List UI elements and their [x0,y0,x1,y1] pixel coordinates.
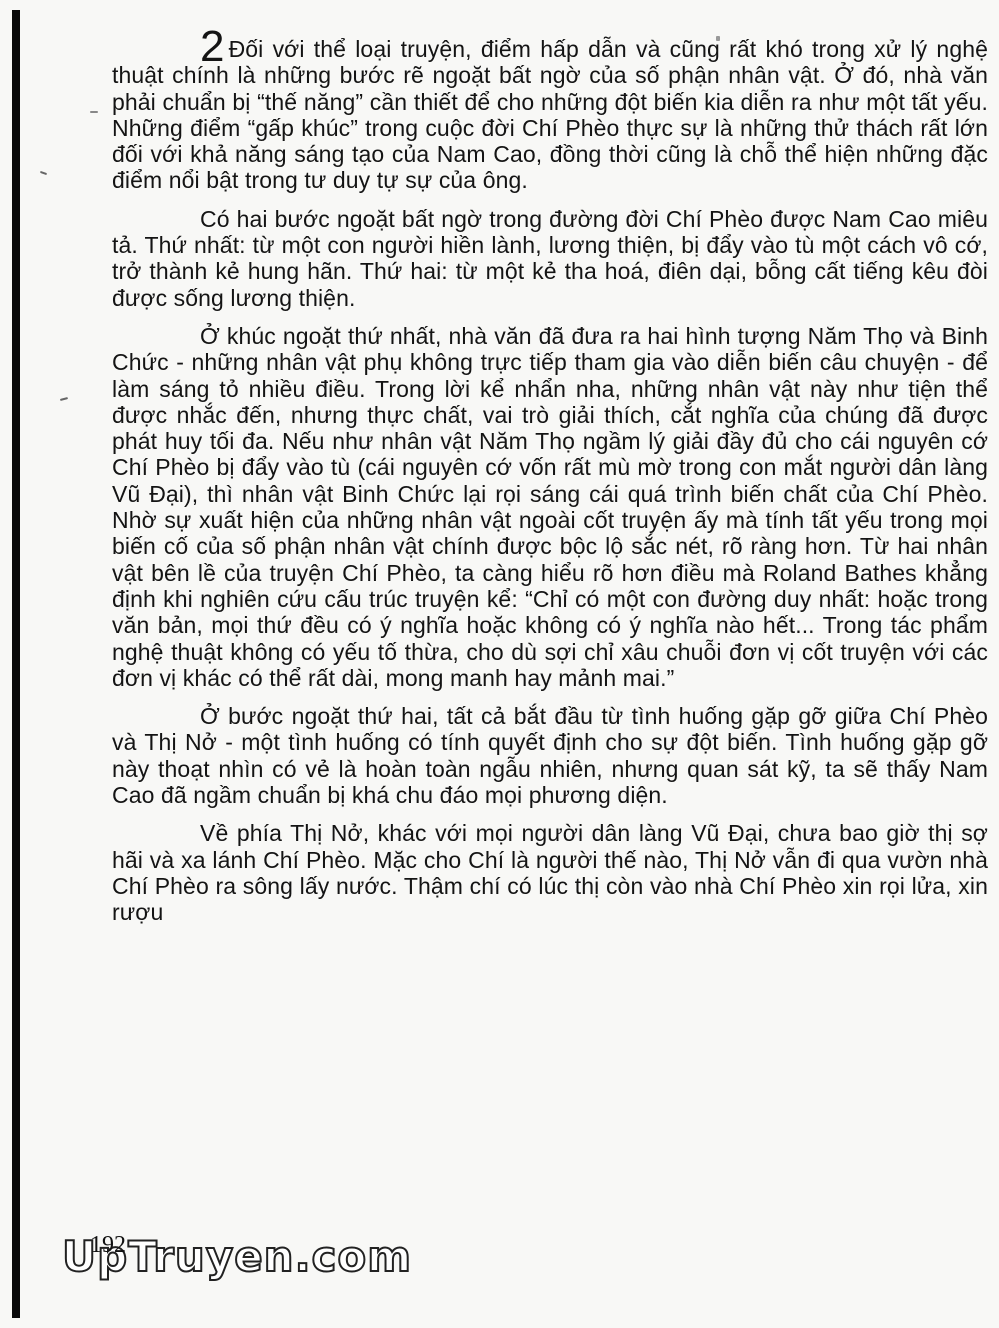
binding-edge-shadow [12,10,20,1318]
paragraph-1-text: Đối với thể loại truyện, điểm hấp dẫn và… [112,36,988,193]
paragraph-5: Về phía Thị Nở, khác với mọi người dân l… [112,820,988,925]
scan-speck [90,111,98,113]
page-footer: UpTruyen.com 192 [62,1232,482,1292]
scan-speck [60,397,68,401]
page-number: 192 [90,1232,126,1259]
body-text: 2Đối với thể loại truyện, điểm hấp dẫn v… [112,30,988,926]
paragraph-1: 2Đối với thể loại truyện, điểm hấp dẫn v… [112,30,988,194]
paragraph-3: Ở khúc ngoặt thứ nhất, nhà văn đã đưa ra… [112,323,988,691]
section-number: 2 [200,22,225,71]
paragraph-2: Có hai bước ngoặt bất ngờ trong đường đờ… [112,206,988,311]
scan-speck [40,171,47,175]
paragraph-4: Ở bước ngoặt thứ hai, tất cả bắt đầu từ … [112,703,988,808]
scanned-book-page: 2Đối với thể loại truyện, điểm hấp dẫn v… [0,0,999,1328]
